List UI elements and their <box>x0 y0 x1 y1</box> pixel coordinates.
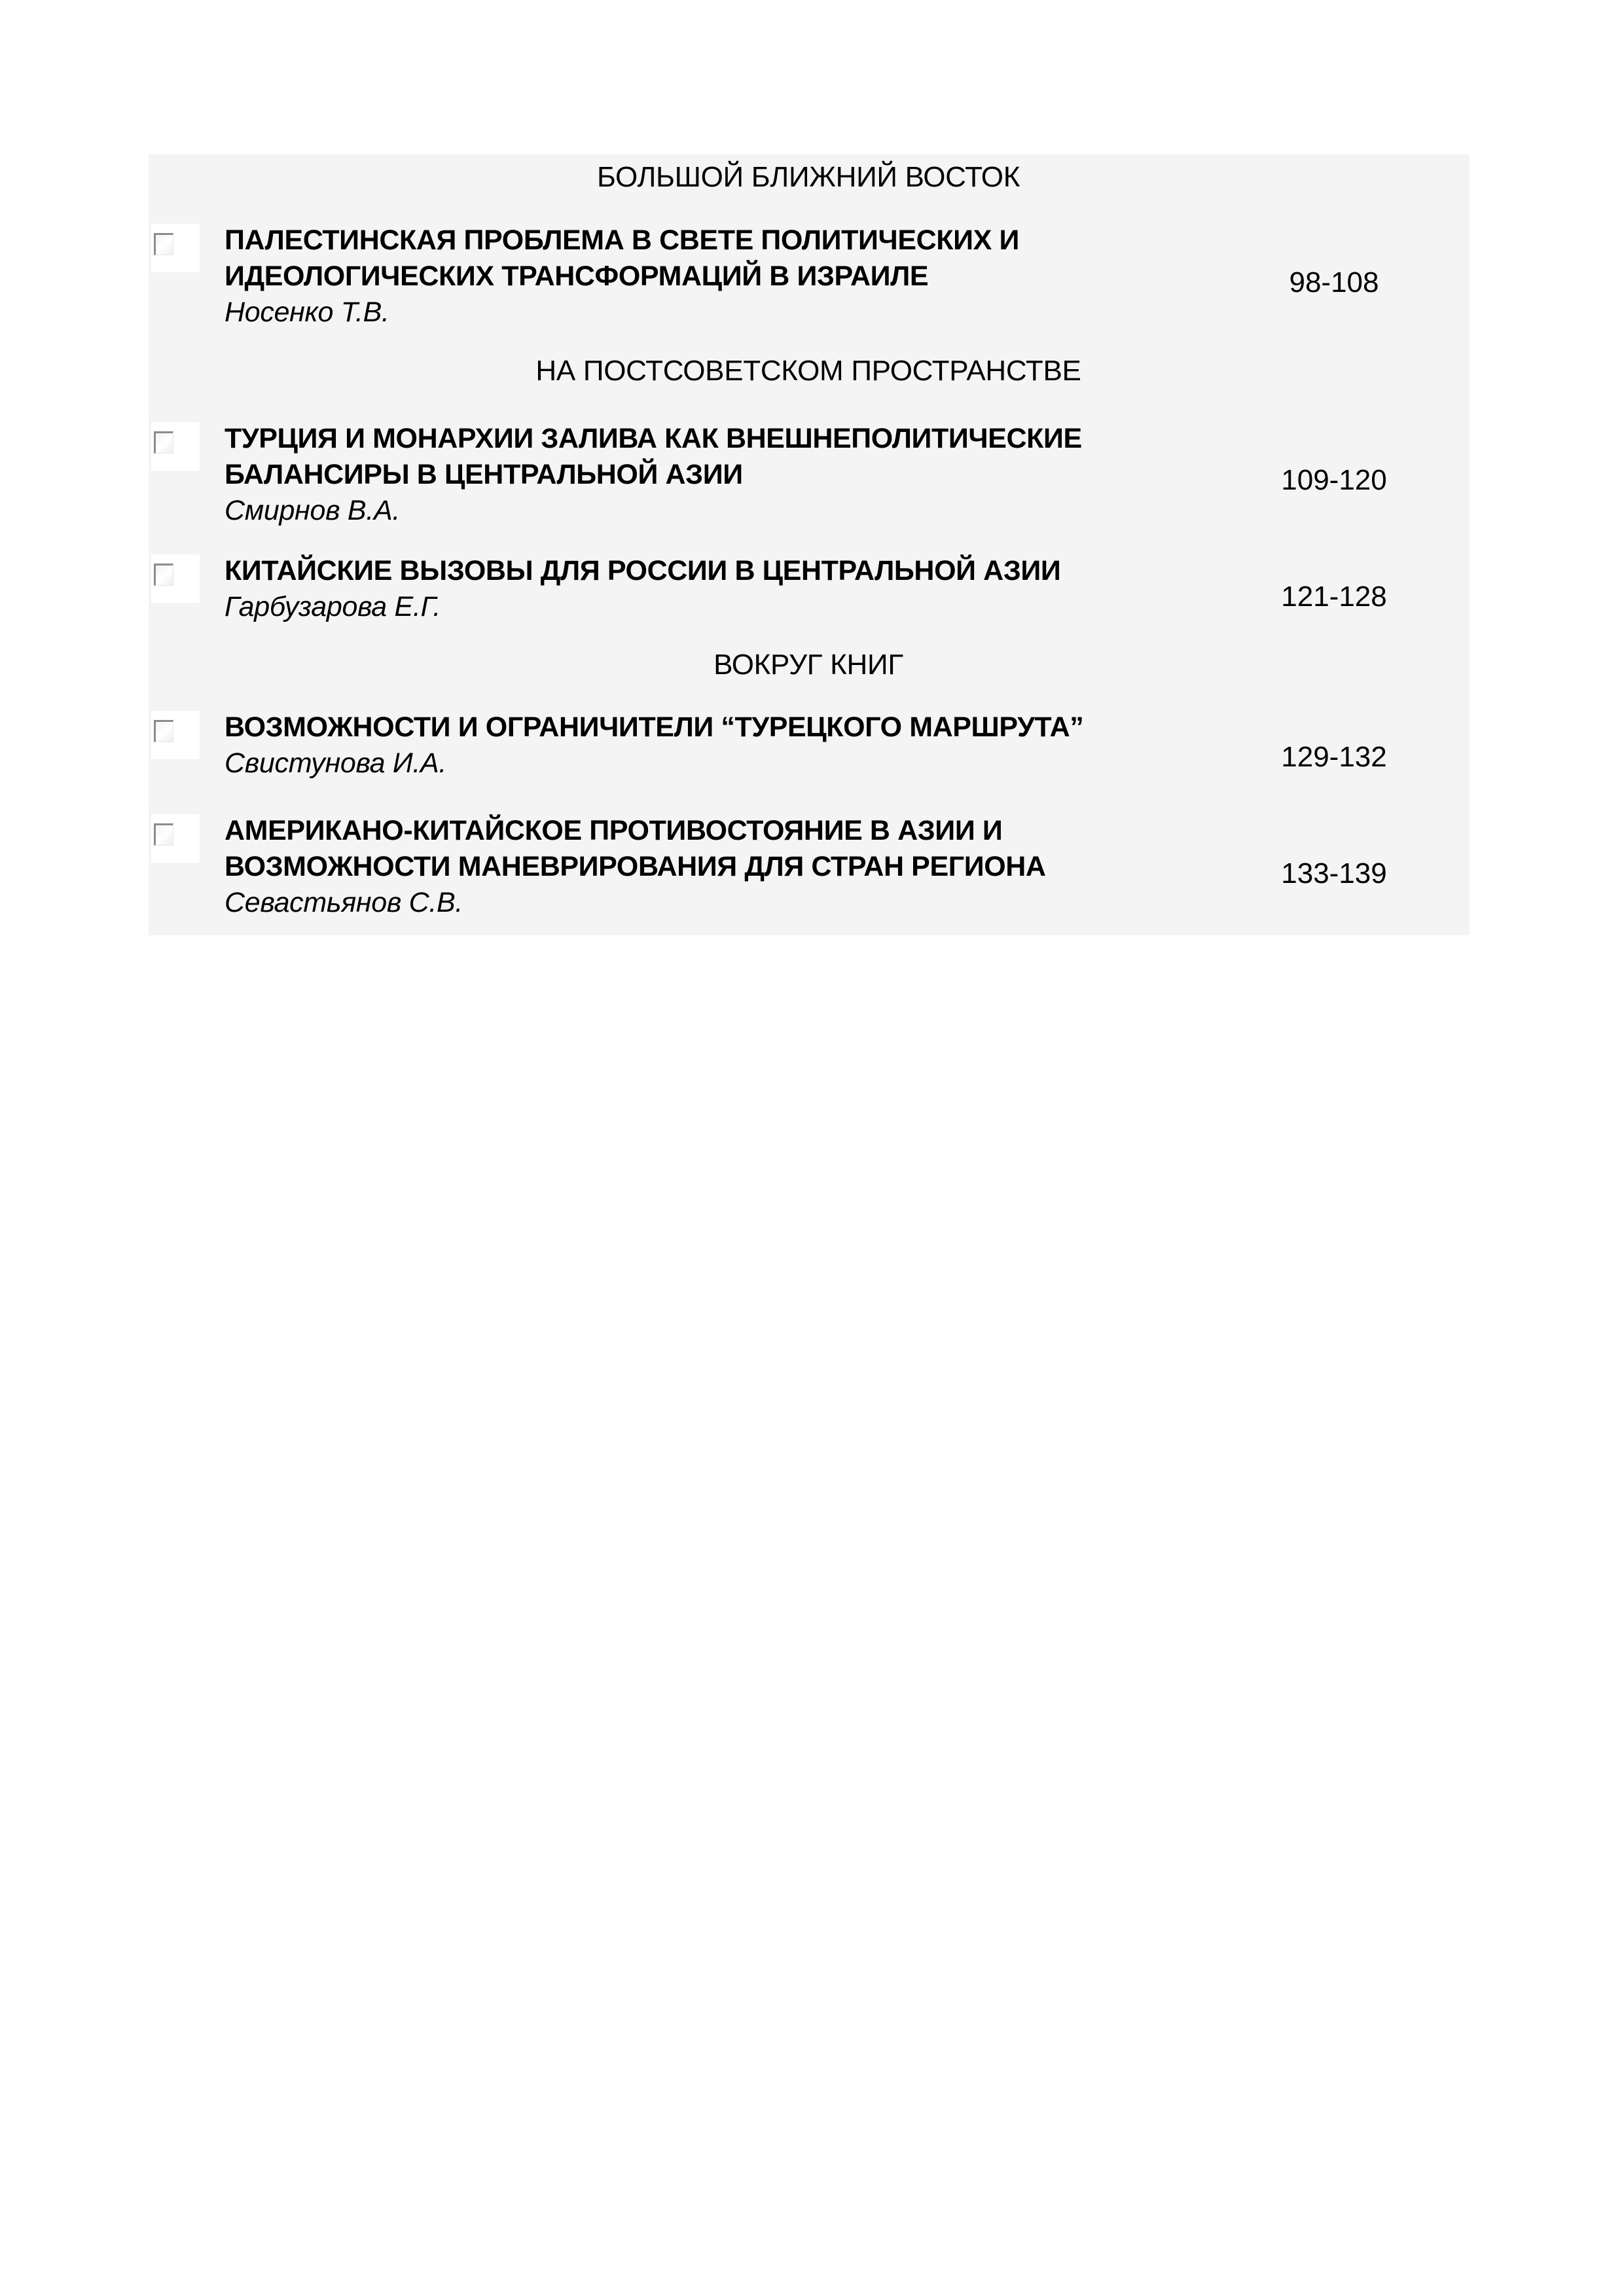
broken-image-icon <box>151 224 200 272</box>
table-of-contents: БОЛЬШОЙ БЛИЖНИЙ ВОСТОК ПАЛЕСТИНСКАЯ ПРОБ… <box>149 154 1470 935</box>
entry-pages: 109-120 <box>1269 463 1399 497</box>
entry-author: Смирнов В.А. <box>225 493 1180 529</box>
entry-title-line[interactable]: АМЕРИКАНО-КИТАЙСКОЕ ПРОТИВОСТОЯНИЕ В АЗИ… <box>225 813 1180 849</box>
entry-pages: 98-108 <box>1269 266 1399 300</box>
entry-pages: 129-132 <box>1269 740 1399 774</box>
entry-author: Гарбузарова Е.Г. <box>225 589 1180 625</box>
entry-title-line[interactable]: БАЛАНСИРЫ В ЦЕНТРАЛЬНОЙ АЗИИ <box>225 457 1180 493</box>
entry-title-line[interactable]: ВОЗМОЖНОСТИ МАНЕВРИРОВАНИЯ ДЛЯ СТРАН РЕГ… <box>225 849 1180 885</box>
entry-pages: 121-128 <box>1269 580 1399 614</box>
entry-title-line[interactable]: ВОЗМОЖНОСТИ И ОГРАНИЧИТЕЛИ “ТУРЕЦКОГО МА… <box>225 709 1180 745</box>
broken-image-icon <box>151 814 200 863</box>
entry-author: Севастьянов С.В. <box>225 885 1180 921</box>
entry-title-line[interactable]: ПАЛЕСТИНСКАЯ ПРОБЛЕМА В СВЕТЕ ПОЛИТИЧЕСК… <box>225 223 1180 259</box>
section-header: БОЛЬШОЙ БЛИЖНИЙ ВОСТОК <box>149 160 1468 194</box>
broken-image-icon <box>151 554 200 603</box>
section-header: ВОКРУГ КНИГ <box>149 648 1468 682</box>
entry-title-line[interactable]: КИТАЙСКИЕ ВЫЗОВЫ ДЛЯ РОССИИ В ЦЕНТРАЛЬНО… <box>225 553 1180 589</box>
broken-image-icon <box>151 711 200 759</box>
entry-title-line[interactable]: ТУРЦИЯ И МОНАРХИИ ЗАЛИВА КАК ВНЕШНЕПОЛИТ… <box>225 421 1180 457</box>
entry-title-line[interactable]: ИДЕОЛОГИЧЕСКИХ ТРАНСФОРМАЦИЙ В ИЗРАИЛЕ <box>225 259 1180 295</box>
section-header: НА ПОСТСОВЕТСКОМ ПРОСТРАНСТВЕ <box>149 354 1468 388</box>
entry-pages: 133-139 <box>1269 857 1399 891</box>
entry-author: Свистунова И.А. <box>225 745 1180 781</box>
entry-author: Носенко Т.В. <box>225 295 1180 331</box>
broken-image-icon <box>151 422 200 471</box>
